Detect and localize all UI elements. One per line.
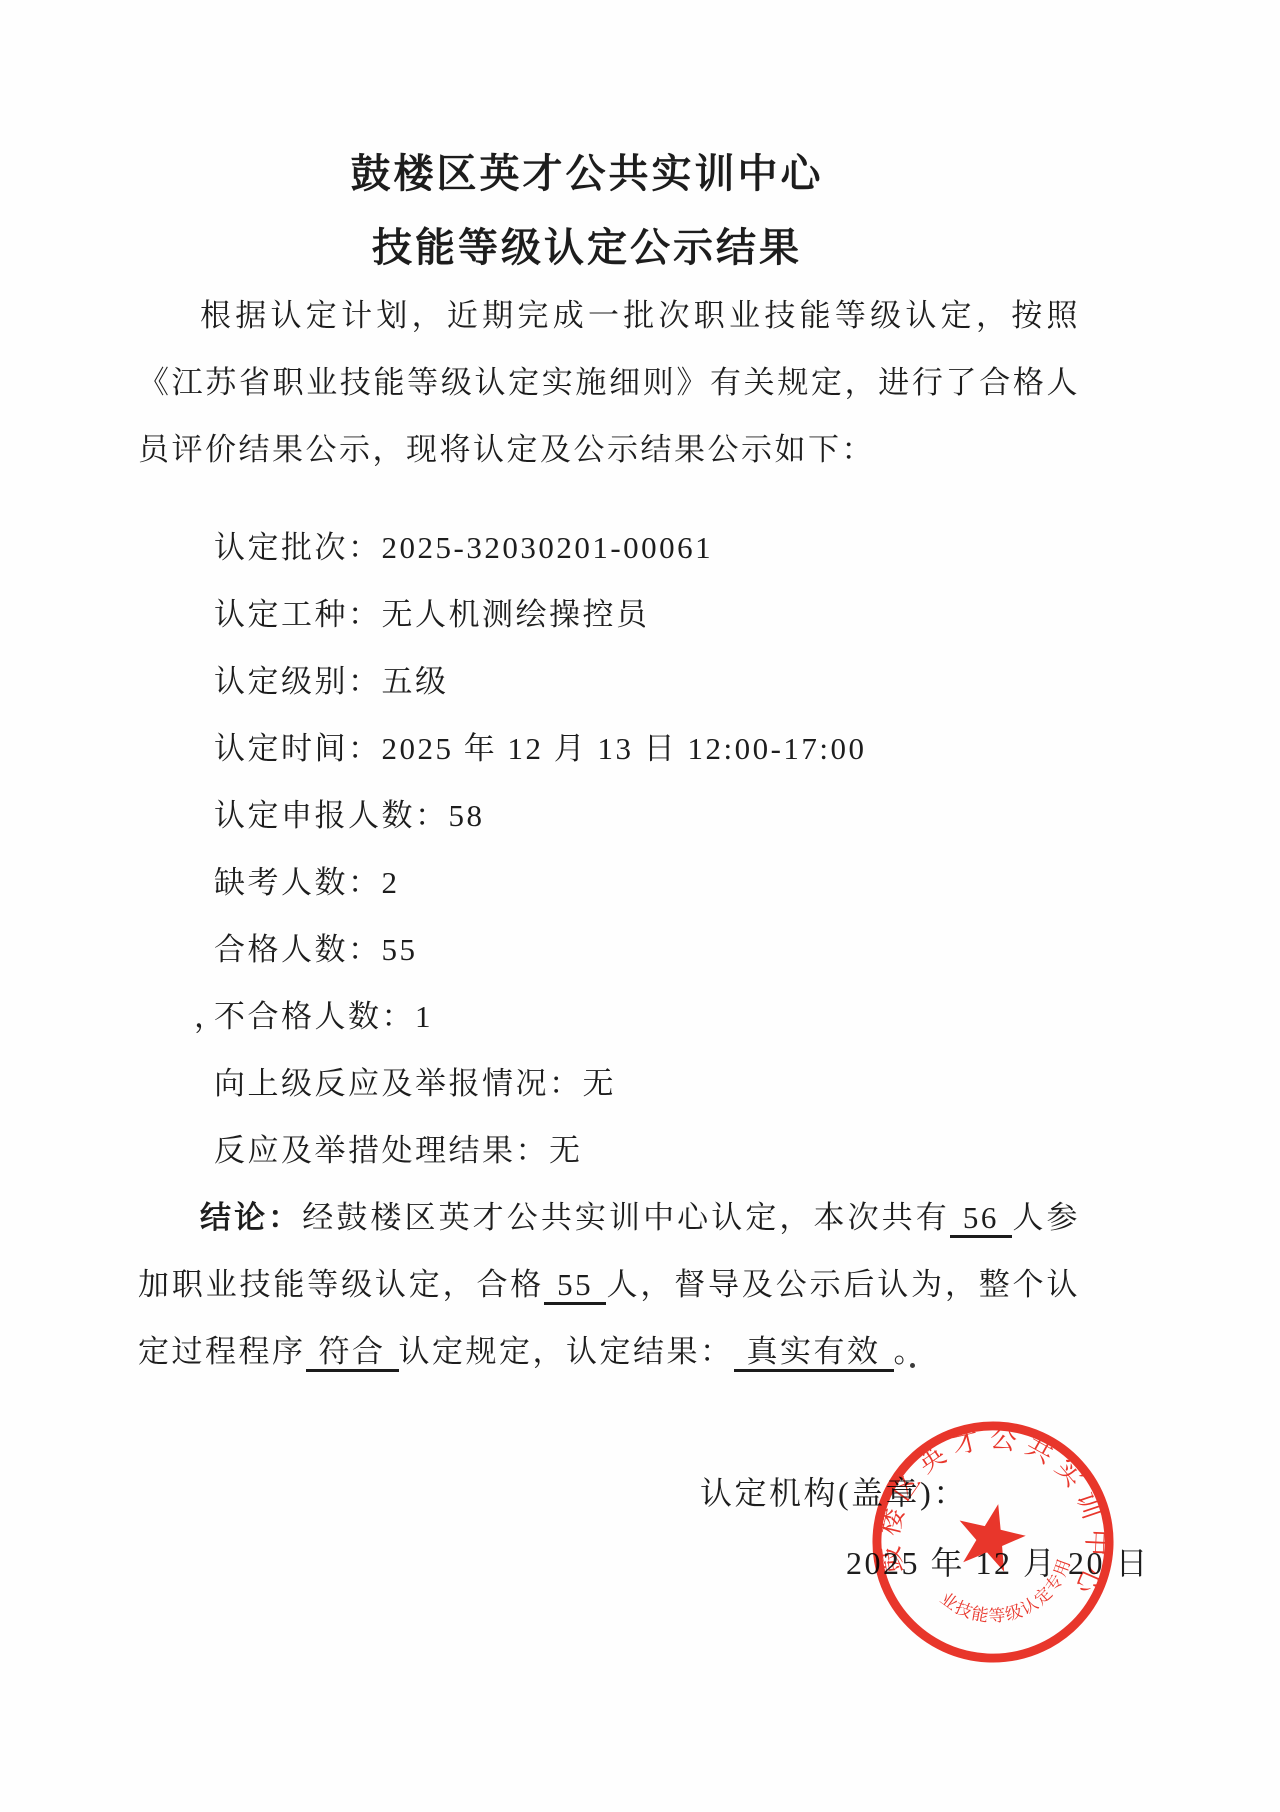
field-value: 2025 年 12 月 13 日 12:00-17:00 [382, 731, 867, 766]
field-batch: 认定批次：2025-32030201-00061 [138, 514, 1080, 581]
conclusion-label: 结论： [200, 1200, 302, 1235]
field-value: 五级 [382, 664, 449, 699]
document-body: 鼓楼区英才公共实训中心 技能等级认定公示结果 根据认定计划，近期完成一批次职业技… [138, 0, 1080, 1416]
field-label: 认定时间： [214, 731, 382, 766]
field-absent: 缺考人数：2 [138, 849, 1080, 916]
conclusion-text: 认定规定，认定结果： [399, 1334, 734, 1369]
field-value: 1 [415, 999, 433, 1034]
field-value: 无 [583, 1066, 617, 1101]
field-value: 2 [382, 865, 400, 900]
underlined-pass-count: 55 [544, 1267, 606, 1305]
underlined-total-count: 56 [950, 1200, 1012, 1238]
field-label: 反应及举措处理结果： [214, 1133, 549, 1168]
field-time: 认定时间：2025 年 12 月 13 日 12:00-17:00 [138, 715, 1080, 782]
field-label: 合格人数： [214, 932, 382, 967]
field-value: 无 [549, 1133, 583, 1168]
document-title-line1: 鼓楼区英才公共实训中心 [138, 0, 1036, 200]
field-label: 缺考人数： [214, 865, 382, 900]
field-label: 不合格人数： [214, 999, 415, 1034]
field-failed: ，不合格人数：1 [138, 983, 1080, 1050]
field-value: 无人机测绘操控员 [382, 597, 650, 632]
conclusion-text: 经鼓楼区英才公共实训中心认定，本次共有 [302, 1200, 950, 1235]
underlined-compliance: 符合 [306, 1334, 399, 1372]
field-handling: 反应及举措处理结果：无 [138, 1117, 1080, 1184]
field-value: 55 [382, 932, 418, 967]
field-occupation: 认定工种：无人机测绘操控员 [138, 581, 1080, 648]
official-seal-stamp: 鼓楼区英才公共实训中心 职业技能等级认定专用章 [863, 1412, 1124, 1673]
field-label: 认定批次： [214, 530, 382, 565]
document-title-line2: 技能等级认定公示结果 [138, 222, 1036, 274]
field-value: 2025-32030201-00061 [382, 530, 714, 565]
stray-comma-mark: ， [194, 983, 225, 1050]
field-label: 向上级反应及举报情况： [214, 1066, 583, 1101]
scanned-notice-page: 鼓楼区英才公共实训中心 技能等级认定公示结果 根据认定计划，近期完成一批次职业技… [0, 0, 1280, 1812]
field-label: 认定申报人数： [214, 798, 449, 833]
stray-ink-dot [910, 1363, 915, 1368]
underlined-validity: 真实有效 [734, 1334, 894, 1372]
conclusion-paragraph: 结论：经鼓楼区英才公共实训中心认定，本次共有56人参加职业技能等级认定，合格55… [138, 1184, 1080, 1385]
field-label: 认定工种： [214, 597, 382, 632]
field-level: 认定级别：五级 [138, 648, 1080, 715]
certification-fields: 认定批次：2025-32030201-00061 认定工种：无人机测绘操控员 认… [138, 514, 1080, 1184]
field-applicants: 认定申报人数：58 [138, 782, 1080, 849]
field-label: 认定级别： [214, 664, 382, 699]
intro-paragraph: 根据认定计划，近期完成一批次职业技能等级认定，按照《江苏省职业技能等级认定实施细… [138, 282, 1080, 483]
seal-star-icon [951, 1496, 1032, 1574]
field-value: 58 [449, 798, 485, 833]
field-passed: 合格人数：55 [138, 916, 1080, 983]
field-reports: 向上级反应及举报情况：无 [138, 1050, 1080, 1117]
